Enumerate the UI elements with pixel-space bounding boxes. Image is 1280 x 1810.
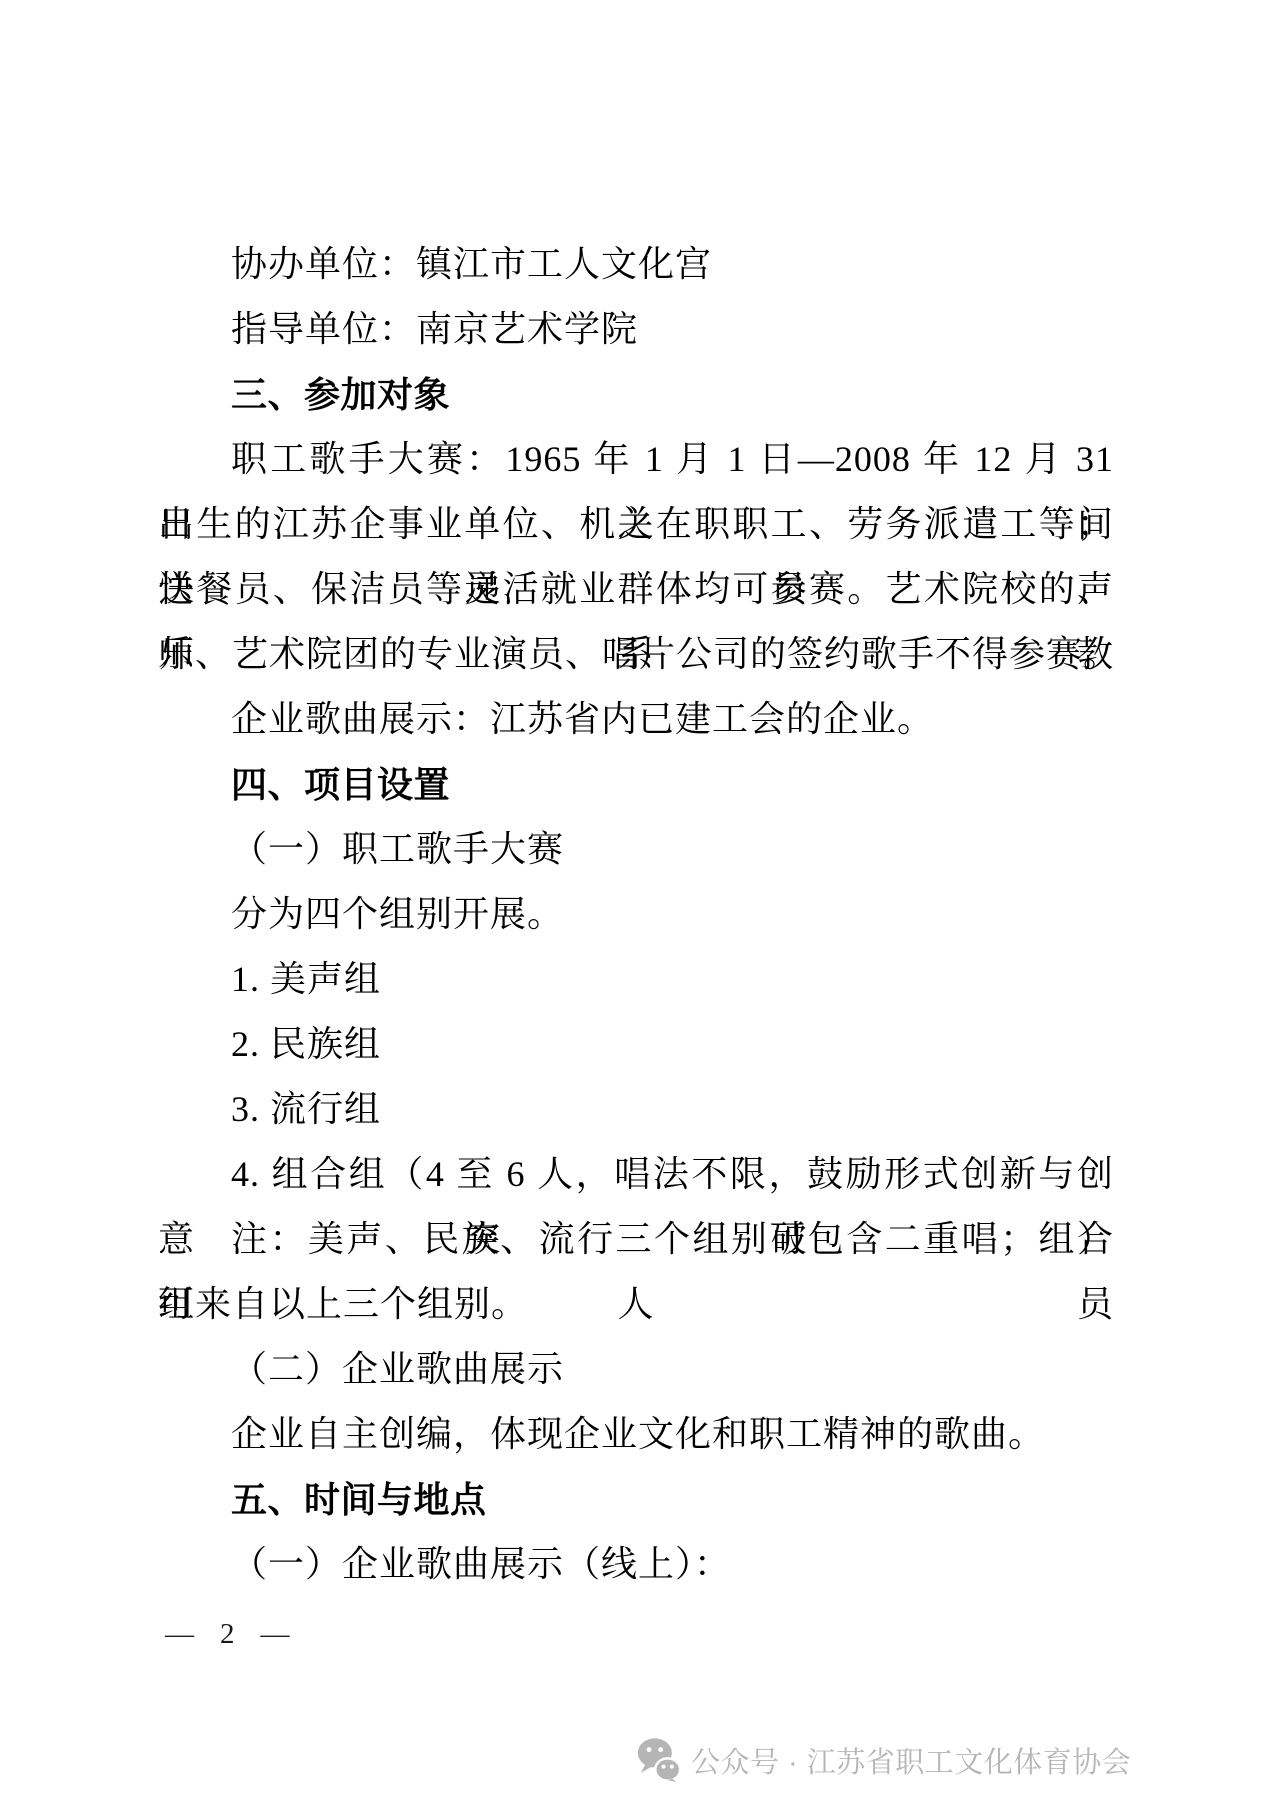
groups-intro-line: 分为四个组别开展。 — [158, 882, 1114, 947]
participants-paragraph-line-3: 送餐员、保洁员等灵活就业群体均可参赛。艺术院校的声乐系教 — [158, 557, 1114, 622]
document-page: 协办单位：镇江市工人文化宫 指导单位：南京艺术学院 三、参加对象 职工歌手大赛：… — [0, 0, 1280, 1810]
page-number-dash-right: — — [261, 1618, 290, 1650]
list-item-ensemble-group: 4. 组合组（4 至 6 人，唱法不限，鼓励形式创新与创意突破） — [158, 1142, 1114, 1207]
subsection-singer-contest: （一）职工歌手大赛 — [158, 817, 1114, 882]
list-item-bel-canto-group: 1. 美声组 — [158, 947, 1114, 1012]
wechat-watermark: 公众号 · 江苏省职工文化体育协会 — [637, 1738, 1131, 1782]
document-body: 协办单位：镇江市工人文化宫 指导单位：南京艺术学院 三、参加对象 职工歌手大赛：… — [158, 232, 1114, 1597]
section-heading-time-place: 五、时间与地点 — [158, 1467, 1114, 1532]
co-organizer-line: 协办单位：镇江市工人文化宫 — [158, 232, 1114, 297]
subsection-enterprise-song-display: （二）企业歌曲展示 — [158, 1337, 1114, 1402]
note-line-1: 注：美声、民族、流行三个组别可包含二重唱；组合组人员 — [158, 1207, 1114, 1272]
page-number-value: 2 — [220, 1618, 235, 1650]
enterprise-song-description-line: 企业自主创编，体现企业文化和职工精神的歌曲。 — [158, 1402, 1114, 1467]
list-item-folk-group: 2. 民族组 — [158, 1012, 1114, 1077]
list-item-pop-group: 3. 流行组 — [158, 1077, 1114, 1142]
page-number: — 2 — — [165, 1618, 290, 1650]
wechat-label: 公众号 · 江苏省职工文化体育协会 — [691, 1740, 1131, 1781]
section-heading-participants: 三、参加对象 — [158, 362, 1114, 427]
subsection-online-display-line: （一）企业歌曲展示（线上）： — [158, 1532, 1114, 1597]
enterprise-song-eligibility-line: 企业歌曲展示：江苏省内已建工会的企业。 — [158, 687, 1114, 752]
page-number-dash-left: — — [165, 1618, 194, 1650]
participants-paragraph-line-2: 出生的江苏企事业单位、机关在职职工、劳务派遣工等；快递员、 — [158, 492, 1114, 557]
section-heading-program-setup: 四、项目设置 — [158, 752, 1114, 817]
participants-paragraph-line-1: 职工歌手大赛：1965 年 1 月 1 日—2008 年 12 月 31 日之间 — [158, 427, 1114, 492]
wechat-icon — [637, 1738, 681, 1782]
participants-paragraph-line-4: 师、艺术院团的专业演员、唱片公司的签约歌手不得参赛。 — [158, 622, 1114, 687]
guiding-unit-line: 指导单位：南京艺术学院 — [158, 297, 1114, 362]
